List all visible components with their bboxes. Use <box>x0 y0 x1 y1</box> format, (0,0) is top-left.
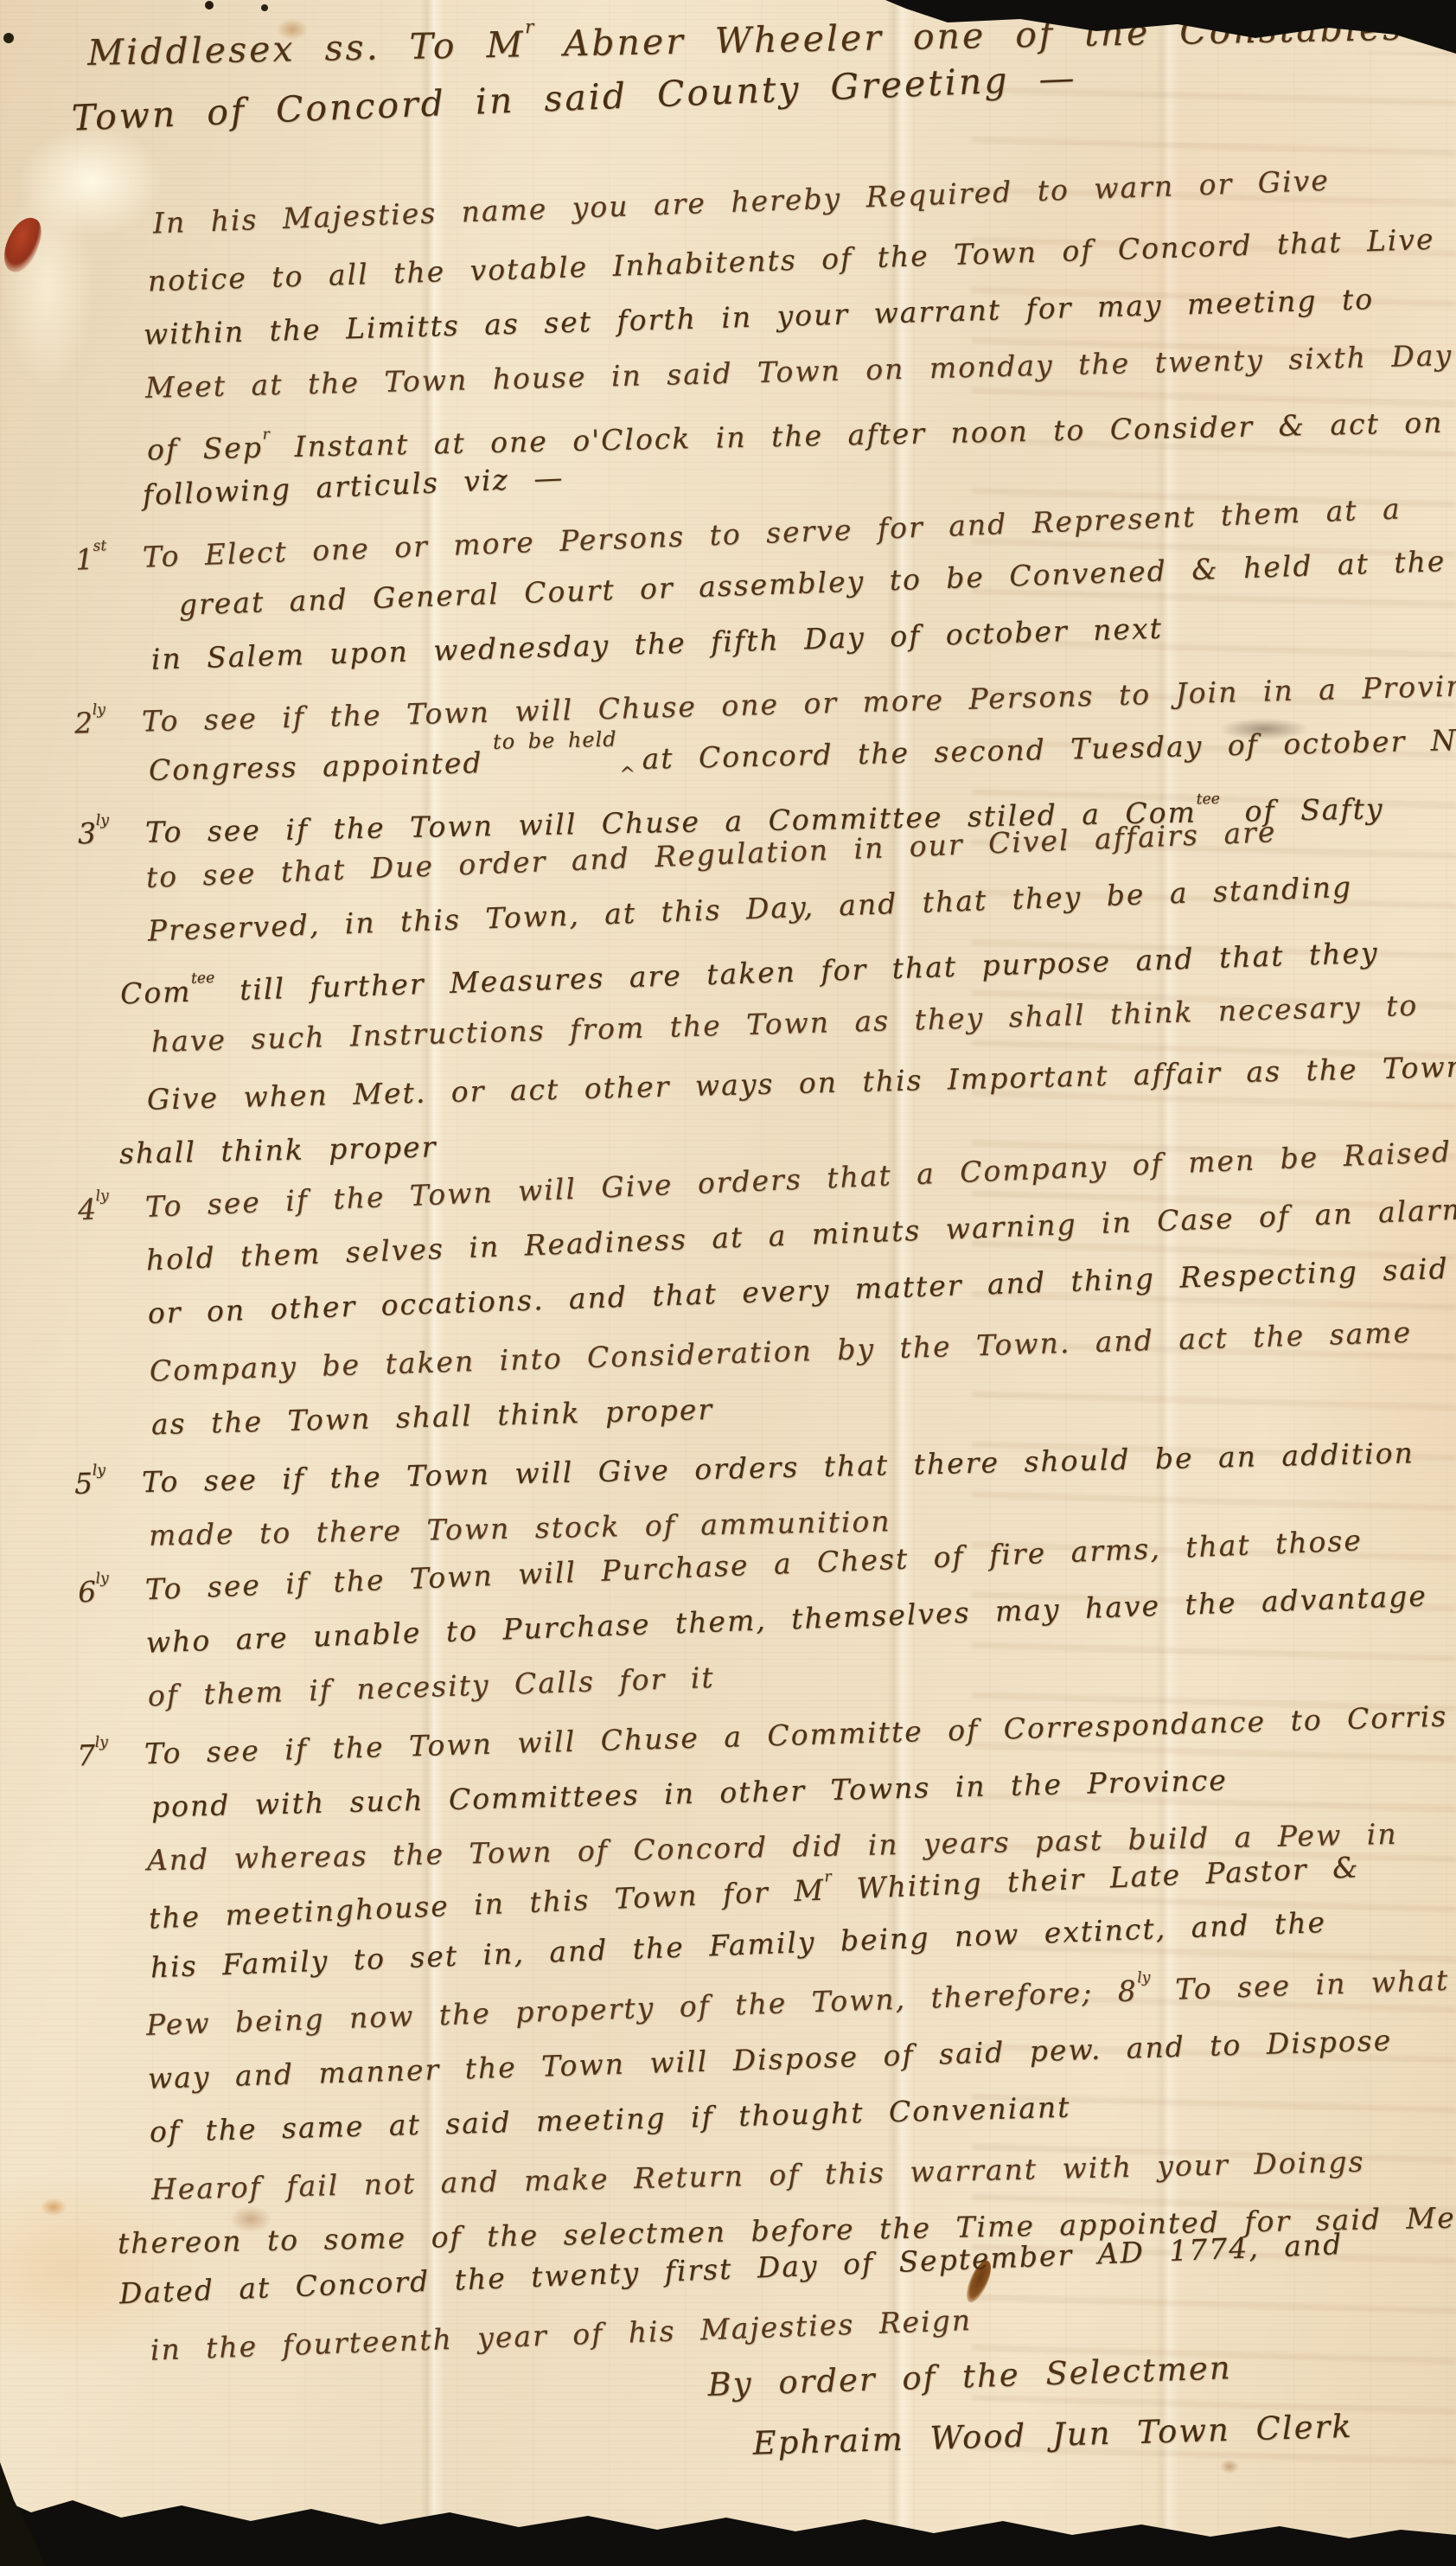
article-number: 4ly <box>77 1175 147 1237</box>
torn-edge-top <box>0 0 1456 69</box>
torn-edge-bottom <box>0 2445 1456 2566</box>
article-number: 1st <box>74 526 144 587</box>
article-number: 6ly <box>77 1558 147 1619</box>
line-text: at Concord the second Tuesday of october… <box>642 720 1456 776</box>
article-number: 2ly <box>73 690 143 751</box>
line-text: as the Town shall think proper <box>150 1392 713 1442</box>
line-text: Congress appointed <box>149 745 483 787</box>
line-text: of them if necesity Calls for it <box>147 1661 715 1712</box>
article-number: 7ly <box>76 1722 145 1782</box>
line-text: following articuls viz — <box>142 460 565 512</box>
article-number: 5ly <box>73 1450 143 1511</box>
interline-insertion: to be held <box>492 713 617 770</box>
manuscript-scan: Middlesex ss. To Mr Abner Wheeler one of… <box>0 0 1456 2566</box>
manuscript-text: Middlesex ss. To Mr Abner Wheeler one of… <box>0 14 1456 2491</box>
line-text: By order of the Selectmen <box>707 2349 1232 2403</box>
